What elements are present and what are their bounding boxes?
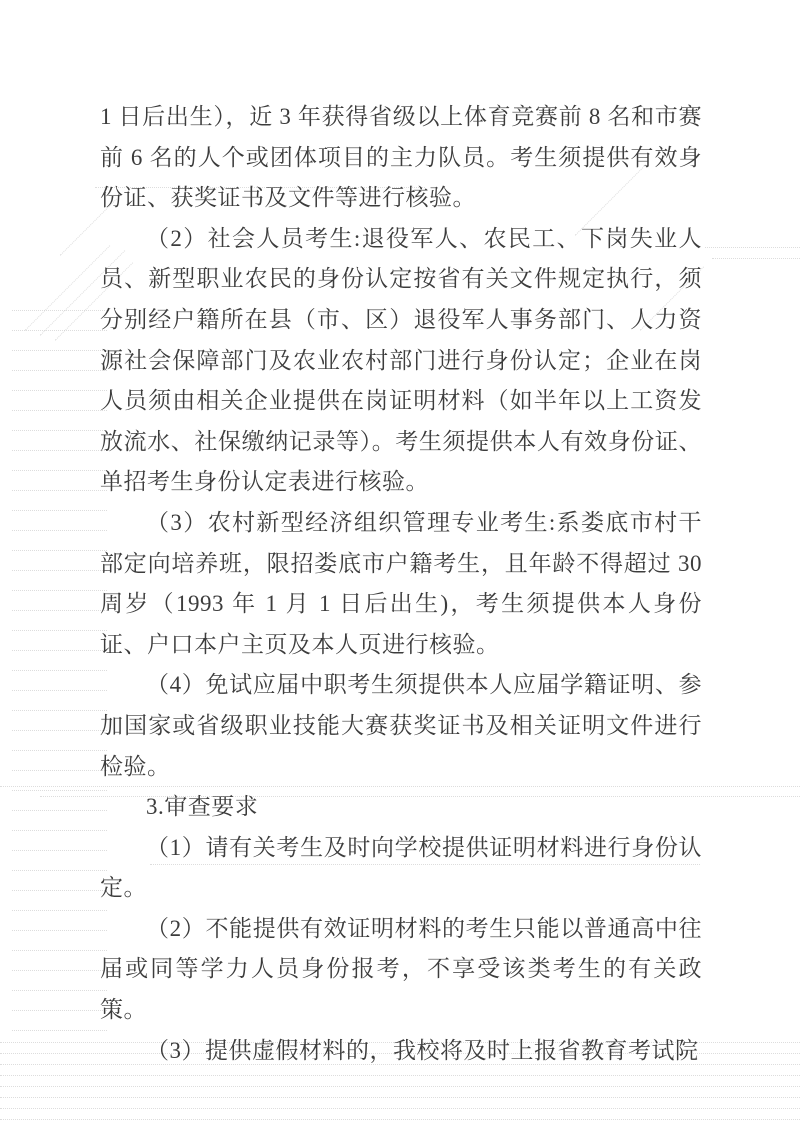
scan-artifact-line (12, 690, 107, 691)
scan-artifact-line (12, 770, 107, 771)
scan-artifact-line (12, 710, 107, 711)
section-heading-review-requirements: 3.审查要求 (100, 787, 702, 828)
scan-artifact-line (0, 1075, 800, 1076)
scan-artifact-line (12, 850, 107, 851)
scan-artifact-line (0, 1108, 800, 1109)
document-body: 1 日后出生），近 3 年获得省级以上体育竞赛前 8 名和市赛前 6 名的人个或… (100, 97, 702, 1071)
scan-artifact-line (705, 247, 800, 248)
scan-artifact-line (12, 870, 107, 871)
document-paragraph: （2）不能提供有效证明材料的考生只能以普通高中往届或同等学力人员身份报考，不享受… (100, 909, 702, 1031)
scan-artifact-line (12, 1030, 107, 1031)
scan-artifact-line (12, 810, 107, 811)
scan-artifact-line (12, 530, 107, 531)
scan-artifact-line (12, 410, 107, 411)
scan-artifact-line (12, 930, 107, 931)
scan-artifact-line (12, 1010, 107, 1011)
scan-artifact-line (12, 330, 107, 331)
scan-artifact-line (12, 830, 107, 831)
document-paragraph: （1）请有关考生及时向学校提供证明材料进行身份认定。 (100, 828, 702, 909)
scan-artifact-line (12, 470, 107, 471)
scan-artifact-line (712, 258, 800, 259)
scan-artifact-line (12, 630, 107, 631)
scan-artifact-line (12, 370, 107, 371)
scan-artifact-line (12, 450, 107, 451)
scan-artifact-line (0, 1119, 800, 1120)
scan-artifact-line (12, 890, 107, 891)
scan-artifact-line (12, 910, 107, 911)
scan-artifact-line (12, 390, 107, 391)
scan-artifact-line (25, 245, 111, 331)
scan-artifact-line (12, 750, 107, 751)
scan-artifact-line (12, 570, 107, 571)
scan-artifact-line (12, 510, 107, 511)
scan-artifact-line (12, 990, 107, 991)
document-paragraph: （3）农村新型经济组织管理专业考生:系娄底市村干部定向培养班，限招娄底市户籍考生… (100, 503, 702, 665)
document-paragraph: （3）提供虚假材料的，我校将及时上报省教育考试院 (100, 1031, 702, 1072)
scan-artifact-line (12, 550, 107, 551)
scan-artifact-line (12, 430, 107, 431)
scan-artifact-line (12, 350, 107, 351)
scan-artifact-line (12, 970, 107, 971)
scan-artifact-line (12, 590, 107, 591)
scan-artifact-line (12, 610, 107, 611)
scan-artifact-line (12, 730, 107, 731)
scan-artifact-line (12, 670, 107, 671)
scan-artifact-line (0, 1097, 800, 1098)
document-paragraph: （4）免试应届中职考生须提供本人应届学籍证明、参加国家或省级职业技能大赛获奖证书… (100, 665, 702, 787)
scan-artifact-line (0, 1086, 800, 1087)
scan-artifact-line (12, 490, 107, 491)
scan-artifact-line (12, 790, 107, 791)
scan-artifact-line (12, 950, 107, 951)
scan-artifact-line (12, 650, 107, 651)
scan-artifact-line (12, 310, 107, 311)
document-page: 1 日后出生），近 3 年获得省级以上体育竞赛前 8 名和市赛前 6 名的人个或… (0, 0, 800, 1131)
document-paragraph: 1 日后出生），近 3 年获得省级以上体育竞赛前 8 名和市赛前 6 名的人个或… (100, 97, 702, 219)
document-paragraph: （2）社会人员考生:退役军人、农民工、下岗失业人员、新型职业农民的身份认定按省有… (100, 219, 702, 503)
